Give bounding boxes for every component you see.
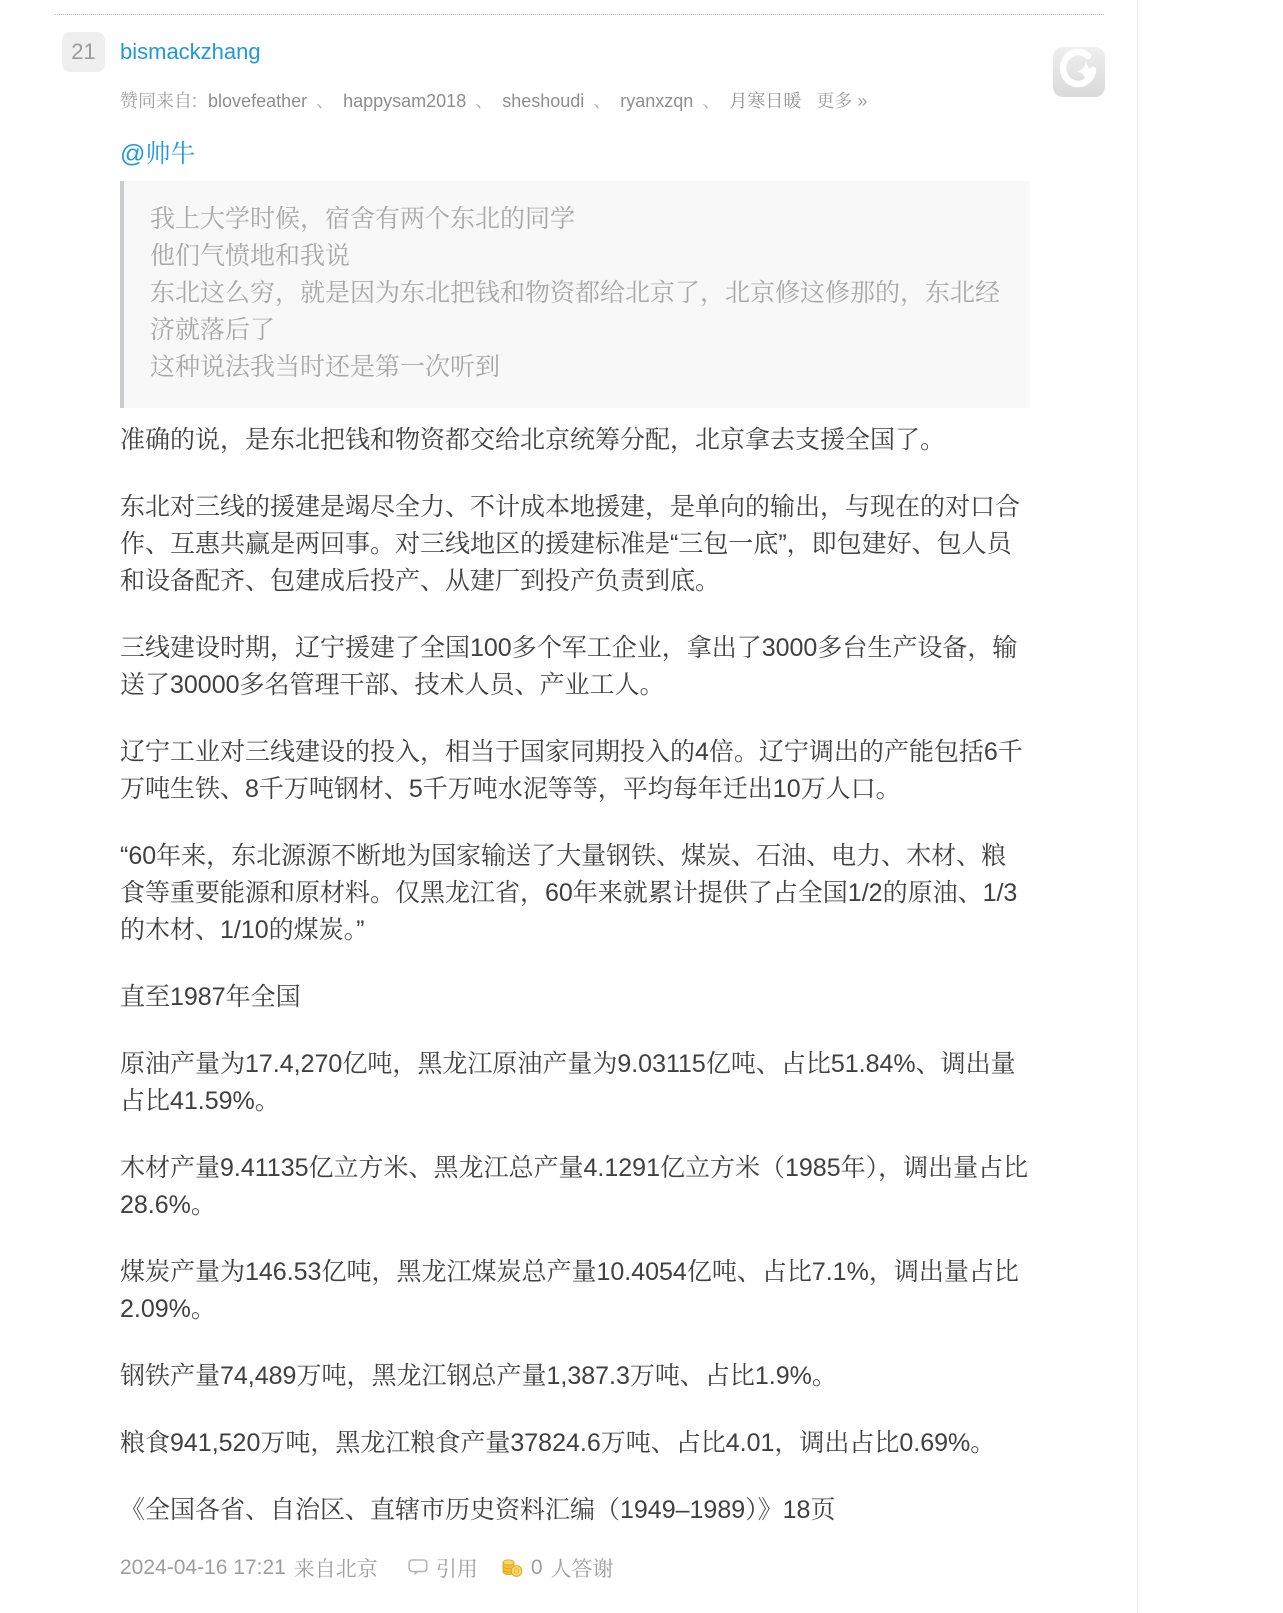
coins-icon: [500, 1557, 523, 1578]
post-paragraph: 木材产量9.41135亿立方米、黑龙江总产量4.1291亿立方米（1985年），…: [120, 1150, 1030, 1224]
user-avatar[interactable]: [1053, 47, 1105, 97]
quoted-text-line: 他们气愤地和我说: [150, 238, 1002, 275]
agree-more-link[interactable]: 更多 »: [816, 91, 867, 111]
quoted-text-block: 我上大学时候，宿舍有两个东北的同学他们气愤地和我说东北这么穷，就是因为东北把钱和…: [120, 181, 1030, 408]
thanks-status: 0 人答谢: [500, 1553, 614, 1583]
post-paragraph: 东北对三线的援建是竭尽全力、不计成本地援建，是单向的输出，与现在的对口合作、互惠…: [120, 489, 1030, 600]
post-paragraph: 粮食941,520万吨，黑龙江粮食产量37824.6万吨、占比4.01，调出占比…: [120, 1425, 1030, 1462]
thanks-label: 人答谢: [551, 1553, 614, 1583]
post-paragraph: 钢铁产量74,489万吨，黑龙江钢总产量1,387.3万吨、占比1.9%。: [120, 1358, 1030, 1395]
agree-user-link[interactable]: sheshoudi: [502, 91, 584, 111]
quoted-text-line: 东北这么穷，就是因为东北把钱和物资都给北京了，北京修这修那的，东北经济就落后了: [150, 275, 1002, 349]
post-footer: 2024-04-16 17:21 来自北京 引用: [120, 1553, 1030, 1583]
post-row: 21 bismackzhang 赞同来自: blovefeather、happy…: [62, 32, 1104, 1583]
agree-user-link[interactable]: blovefeather: [208, 91, 307, 111]
quote-button-label: 引用: [436, 1553, 478, 1583]
agree-line: 赞同来自: blovefeather、happysam2018、sheshoud…: [120, 89, 1030, 113]
post-paragraph: 煤炭产量为146.53亿吨，黑龙江煤炭总产量10.4054亿吨、占比7.1%，调…: [120, 1254, 1030, 1328]
post-paragraph: 辽宁工业对三线建设的投入，相当于国家同期投入的4倍。辽宁调出的产能包括6千万吨生…: [120, 734, 1030, 808]
post-datetime: 2024-04-16 17:21: [120, 1556, 286, 1580]
mention-link[interactable]: @帅牛: [120, 139, 195, 169]
agree-user-link[interactable]: 月寒日暖: [729, 91, 801, 111]
quoted-text-line: 这种说法我当时还是第一次听到: [150, 349, 1002, 386]
agree-prefix: 赞同来自:: [120, 91, 197, 111]
post-paragraph: 《全国各省、自治区、直辖市历史资料汇编（1949–1989）》18页: [120, 1492, 1030, 1529]
agree-separator: 、: [316, 91, 334, 111]
quoted-text-line: 我上大学时候，宿舍有两个东北的同学: [150, 201, 1002, 238]
post-paragraph: “60年来，东北源源不断地为国家输送了大量钢铁、煤炭、石油、电力、木材、粮食等重…: [120, 838, 1030, 949]
post-content: 准确的说，是东北把钱和物资都交给北京统筹分配，北京拿去支援全国了。东北对三线的援…: [120, 422, 1030, 1529]
post-paragraph: 原油产量为17.4,270亿吨，黑龙江原油产量为9.03115亿吨、占比51.8…: [120, 1046, 1030, 1120]
agree-separator: 、: [702, 91, 720, 111]
post-location: 来自北京: [294, 1553, 378, 1583]
post-paragraph: 准确的说，是东北把钱和物资都交给北京统筹分配，北京拿去支援全国了。: [120, 422, 1030, 459]
answer-post: 21 bismackzhang 赞同来自: blovefeather、happy…: [30, 15, 1137, 1613]
agree-separator: 、: [475, 91, 493, 111]
agree-list: blovefeather、happysam2018、sheshoudi、ryan…: [202, 91, 801, 111]
post-paragraph: 直至1987年全国: [120, 979, 1030, 1016]
agree-user-link[interactable]: happysam2018: [343, 91, 466, 111]
avatar-logo-icon: [1053, 47, 1105, 97]
thanks-count: 0: [531, 1556, 543, 1580]
quote-button[interactable]: 引用: [408, 1553, 478, 1583]
agree-user-link[interactable]: ryanxzqn: [620, 91, 693, 111]
post-paragraph: 三线建设时期，辽宁援建了全国100多个军工企业，拿出了3000多台生产设备，输送…: [120, 630, 1030, 704]
post-main: bismackzhang 赞同来自: blovefeather、happysam…: [120, 32, 1030, 1583]
agree-separator: 、: [593, 91, 611, 111]
content-column: 21 bismackzhang 赞同来自: blovefeather、happy…: [30, 0, 1138, 1613]
speech-bubble-icon: [408, 1558, 429, 1577]
floor-number-badge: 21: [62, 32, 105, 72]
author-link[interactable]: bismackzhang: [120, 38, 261, 67]
